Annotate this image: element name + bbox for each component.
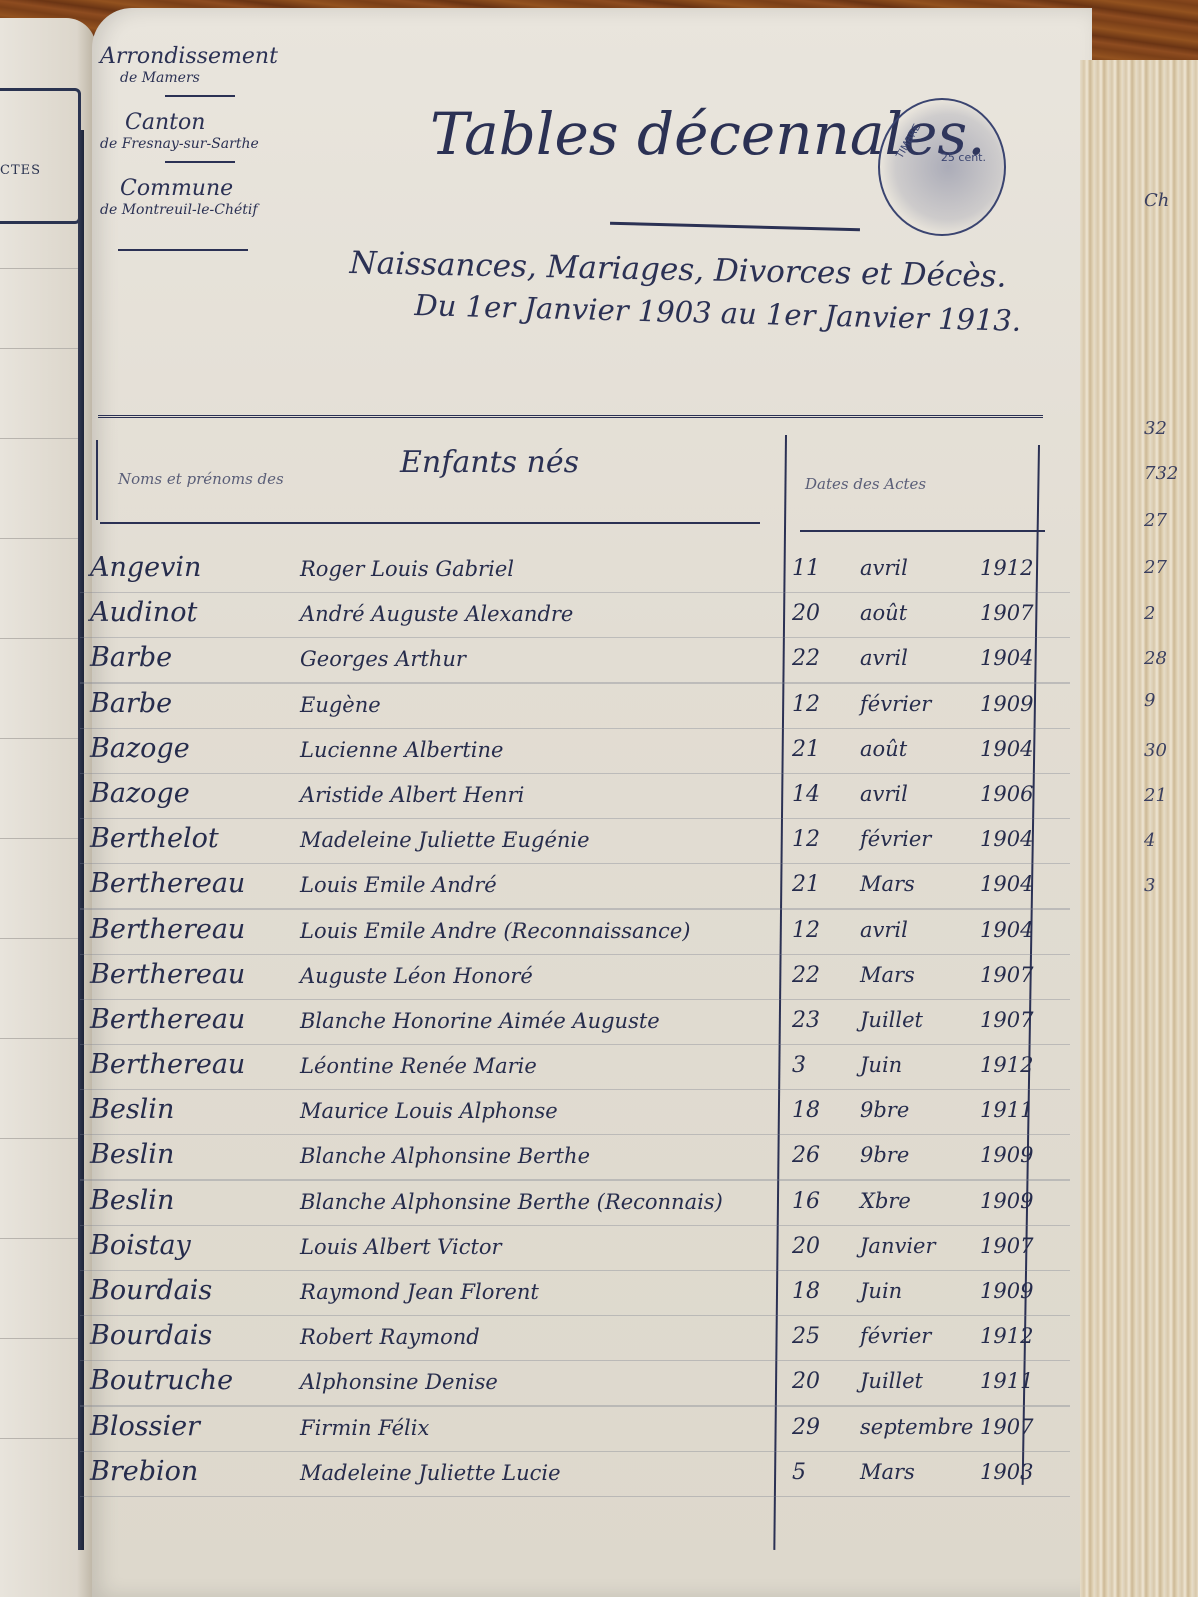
surname: Berthereau xyxy=(90,959,245,990)
edge-tab: 21 xyxy=(1144,785,1194,806)
act-year: 1907 xyxy=(980,601,1033,625)
given-names: Robert Raymond xyxy=(300,1325,480,1349)
ruled-line xyxy=(0,838,80,839)
act-month: Mars xyxy=(860,1460,915,1484)
given-names: Blanche Alphonsine Berthe xyxy=(300,1144,590,1168)
ruled-line xyxy=(0,938,80,939)
table-row: BarbeGeorges Arthur22avril1904 xyxy=(80,638,1070,683)
act-year: 1907 xyxy=(980,1234,1033,1258)
ruled-line xyxy=(0,1338,80,1339)
act-month: Mars xyxy=(860,963,915,987)
act-day: 12 xyxy=(792,692,820,717)
surname: Brebion xyxy=(90,1456,198,1487)
header-dates: Dates des Actes xyxy=(805,475,926,493)
act-day: 3 xyxy=(792,1053,806,1078)
given-names: Roger Louis Gabriel xyxy=(300,557,514,581)
act-year: 1909 xyxy=(980,1143,1033,1167)
left-page-header-label: CTES xyxy=(0,163,41,178)
table-row: BerthereauAuguste Léon Honoré22Mars1907 xyxy=(80,955,1070,1000)
act-year: 1903 xyxy=(980,1460,1033,1484)
surname: Beslin xyxy=(90,1139,174,1170)
ruled-line xyxy=(0,738,80,739)
act-day: 20 xyxy=(792,1234,820,1259)
given-names: Madeleine Juliette Eugénie xyxy=(300,828,590,852)
act-day: 5 xyxy=(792,1460,806,1485)
act-year: 1911 xyxy=(980,1098,1033,1122)
given-names: Aristide Albert Henri xyxy=(300,783,524,807)
act-year: 1909 xyxy=(980,692,1033,716)
act-month: Juin xyxy=(860,1053,902,1077)
act-day: 21 xyxy=(792,737,820,762)
table-row: BazogeLucienne Albertine21août1904 xyxy=(80,729,1070,774)
surname: Berthereau xyxy=(90,1004,245,1035)
table-row: BourdaisRaymond Jean Florent18Juin1909 xyxy=(80,1271,1070,1316)
divider xyxy=(165,95,235,97)
stamp-value: 25 cent. xyxy=(941,152,986,164)
left-page-header-frame xyxy=(0,88,81,224)
act-year: 1911 xyxy=(980,1369,1033,1393)
given-names: Georges Arthur xyxy=(300,647,466,671)
edge-tab: 9 xyxy=(1144,690,1194,711)
act-day: 18 xyxy=(792,1098,820,1123)
act-month: août xyxy=(860,601,907,625)
act-month: avril xyxy=(860,782,908,806)
table-row: BerthereauBlanche Honorine Aimée Auguste… xyxy=(80,1000,1070,1045)
given-names: Léontine Renée Marie xyxy=(300,1054,537,1078)
administrative-block: Arrondissement de Mamers Canton de Fresn… xyxy=(100,45,300,265)
given-names: Firmin Félix xyxy=(300,1416,429,1440)
act-day: 14 xyxy=(792,782,820,807)
surname: Angevin xyxy=(90,552,201,583)
edge-tab: 732 xyxy=(1144,463,1194,484)
table-row: BazogeAristide Albert Henri14avril1906 xyxy=(80,774,1070,819)
act-day: 26 xyxy=(792,1143,820,1168)
edge-tab: 3 xyxy=(1144,875,1194,896)
act-day: 11 xyxy=(792,556,820,581)
act-year: 1904 xyxy=(980,827,1033,851)
header-names-prefix: Noms et prénoms des xyxy=(118,470,284,488)
act-year: 1909 xyxy=(980,1279,1033,1303)
surname: Bourdais xyxy=(90,1275,212,1306)
surname: Beslin xyxy=(90,1094,174,1125)
surname: Bourdais xyxy=(90,1320,212,1351)
ruled-line xyxy=(0,438,80,439)
act-month: Juin xyxy=(860,1279,902,1303)
edge-tab: 27 xyxy=(1144,557,1194,578)
act-day: 12 xyxy=(792,827,820,852)
header-separator xyxy=(800,530,1045,532)
act-year: 1912 xyxy=(980,556,1033,580)
act-month: 9bre xyxy=(860,1143,909,1167)
edge-tab: 32 xyxy=(1144,418,1194,439)
surname: Barbe xyxy=(90,688,172,719)
act-year: 1906 xyxy=(980,782,1033,806)
act-day: 20 xyxy=(792,1369,820,1394)
given-names: Maurice Louis Alphonse xyxy=(300,1099,558,1123)
given-names: André Auguste Alexandre xyxy=(300,602,573,626)
act-day: 21 xyxy=(792,872,820,897)
act-month: février xyxy=(860,827,931,851)
table-row: BourdaisRobert Raymond25février1912 xyxy=(80,1316,1070,1361)
surname: Bazoge xyxy=(90,733,190,764)
surname: Audinot xyxy=(90,597,197,628)
given-names: Blanche Honorine Aimée Auguste xyxy=(300,1009,660,1033)
canton-label: Canton xyxy=(100,111,300,135)
act-day: 22 xyxy=(792,646,820,671)
surname: Berthereau xyxy=(90,868,245,899)
act-day: 20 xyxy=(792,601,820,626)
ruled-line xyxy=(0,1038,80,1039)
edge-tab: 2 xyxy=(1144,603,1194,624)
act-day: 22 xyxy=(792,963,820,988)
table-row: BerthereauLouis Emile Andre (Reconnaissa… xyxy=(80,910,1070,955)
act-month: Juillet xyxy=(860,1369,923,1393)
act-year: 1912 xyxy=(980,1053,1033,1077)
ruled-line xyxy=(0,1238,80,1239)
surname: Berthereau xyxy=(90,914,245,945)
act-day: 18 xyxy=(792,1279,820,1304)
header-separator xyxy=(100,522,760,524)
surname: Boutruche xyxy=(90,1365,233,1396)
stamp-text: TIMBRE xyxy=(895,122,923,160)
table-left-border xyxy=(96,440,98,520)
given-names: Auguste Léon Honoré xyxy=(300,964,533,988)
table-row: AudinotAndré Auguste Alexandre20août1907 xyxy=(80,593,1070,638)
act-year: 1907 xyxy=(980,1008,1033,1032)
given-names: Louis Emile André xyxy=(300,873,497,897)
act-day: 25 xyxy=(792,1324,820,1349)
given-names: Lucienne Albertine xyxy=(300,738,503,762)
edge-tab: Ch xyxy=(1144,190,1194,211)
given-names: Blanche Alphonsine Berthe (Reconnais) xyxy=(300,1190,723,1214)
ruled-line xyxy=(0,538,80,539)
ruled-line xyxy=(0,348,80,349)
canton-value: de Fresnay-sur-Sarthe xyxy=(100,135,300,153)
table-row: BerthelotMadeleine Juliette Eugénie12fév… xyxy=(80,819,1070,864)
act-month: 9bre xyxy=(860,1098,909,1122)
surname: Berthelot xyxy=(90,823,219,854)
table-row: AngevinRoger Louis Gabriel11avril1912 xyxy=(80,548,1070,593)
act-month: Xbre xyxy=(860,1189,911,1213)
given-names: Louis Emile Andre (Reconnaissance) xyxy=(300,919,690,943)
act-day: 12 xyxy=(792,918,820,943)
surname: Beslin xyxy=(90,1185,174,1216)
act-day: 16 xyxy=(792,1189,820,1214)
act-year: 1907 xyxy=(980,1415,1033,1439)
edge-tab: 27 xyxy=(1144,510,1194,531)
act-day: 29 xyxy=(792,1415,820,1440)
edge-tab: 4 xyxy=(1144,830,1194,851)
surname: Berthereau xyxy=(90,1049,245,1080)
divider xyxy=(118,249,248,251)
act-year: 1904 xyxy=(980,872,1033,896)
given-names: Raymond Jean Florent xyxy=(300,1280,539,1304)
act-month: août xyxy=(860,737,907,761)
act-month: avril xyxy=(860,556,908,580)
act-month: Juillet xyxy=(860,1008,923,1032)
act-month: avril xyxy=(860,646,908,670)
act-year: 1912 xyxy=(980,1324,1033,1348)
table-row: BarbeEugène12février1909 xyxy=(80,684,1070,729)
table-row: BeslinBlanche Alphonsine Berthe (Reconna… xyxy=(80,1181,1070,1226)
table-row: BrebionMadeleine Juliette Lucie5Mars1903 xyxy=(80,1452,1070,1497)
ruled-line xyxy=(0,638,80,639)
ruled-line xyxy=(0,1438,80,1439)
commune-value: de Montreuil-le-Chétif xyxy=(100,201,300,219)
table-row: BerthereauLouis Emile André21Mars1904 xyxy=(80,864,1070,909)
given-names: Eugène xyxy=(300,693,381,717)
register-rows: AngevinRoger Louis Gabriel11avril1912 Au… xyxy=(80,548,1070,1497)
act-year: 1904 xyxy=(980,646,1033,670)
page-edge-tabs: Ch 32 732 27 27 2 28 9 30 21 4 3 xyxy=(1080,60,1198,1597)
edge-tab: 30 xyxy=(1144,740,1194,761)
ruled-line xyxy=(0,1138,80,1139)
arrondissement-label: Arrondissement xyxy=(100,45,300,69)
table-row: BlossierFirmin Félix29septembre1907 xyxy=(80,1407,1070,1452)
act-day: 23 xyxy=(792,1008,820,1033)
act-month: février xyxy=(860,692,931,716)
act-month: septembre xyxy=(860,1415,973,1439)
act-month: avril xyxy=(860,918,908,942)
surname: Bazoge xyxy=(90,778,190,809)
ruled-line xyxy=(0,268,80,269)
given-names: Madeleine Juliette Lucie xyxy=(300,1461,561,1485)
tax-stamp: TIMBRE 25 cent. xyxy=(878,98,1006,236)
arrondissement-value: de Mamers xyxy=(100,69,300,87)
act-year: 1904 xyxy=(980,918,1033,942)
act-month: février xyxy=(860,1324,931,1348)
edge-tab: 28 xyxy=(1144,648,1194,669)
act-month: Janvier xyxy=(860,1234,936,1258)
act-year: 1907 xyxy=(980,963,1033,987)
surname: Boistay xyxy=(90,1230,191,1261)
act-year: 1904 xyxy=(980,737,1033,761)
surname: Barbe xyxy=(90,642,172,673)
divider xyxy=(165,161,235,163)
given-names: Alphonsine Denise xyxy=(300,1370,498,1394)
surname: Blossier xyxy=(90,1411,200,1442)
act-year: 1909 xyxy=(980,1189,1033,1213)
table-row: BeslinMaurice Louis Alphonse189bre1911 xyxy=(80,1090,1070,1135)
table-row: BoutrucheAlphonsine Denise20Juillet1911 xyxy=(80,1361,1070,1406)
table-row: BerthereauLéontine Renée Marie3Juin1912 xyxy=(80,1045,1070,1090)
header-names: Enfants nés xyxy=(400,445,579,480)
commune-label: Commune xyxy=(100,177,300,201)
table-row: BeslinBlanche Alphonsine Berthe269bre190… xyxy=(80,1135,1070,1180)
given-names: Louis Albert Victor xyxy=(300,1235,502,1259)
act-month: Mars xyxy=(860,872,915,896)
table-row: BoistayLouis Albert Victor20Janvier1907 xyxy=(80,1226,1070,1271)
